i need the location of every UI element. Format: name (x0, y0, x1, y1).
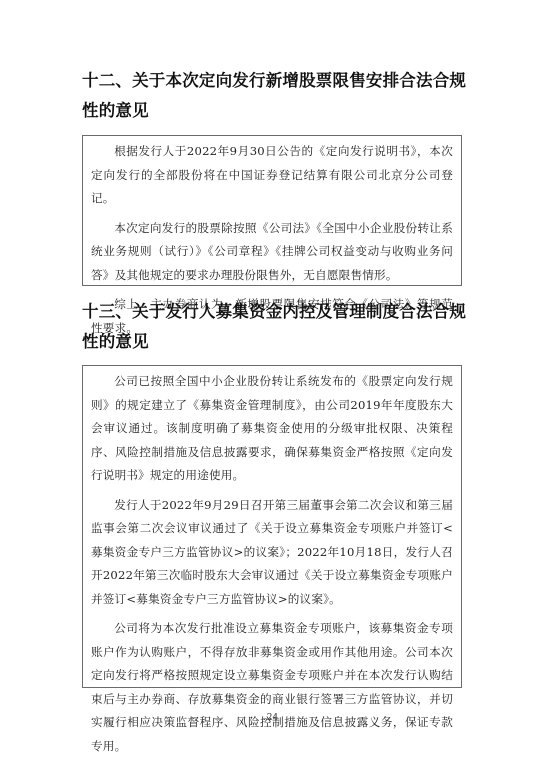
document-page: 十二、关于本次定向发行新增股票限售安排合法合规性的意见 根据发行人于2022年9… (0, 0, 545, 771)
section-13-heading: 十三、关于发行人募集资金内控及管理制度合法合规性的意见 (82, 297, 474, 357)
section-13-paragraph-3: 公司将为本次发行批准设立募集资金专项账户，该募集资金专项账户作为认购账户，不得存… (91, 617, 453, 758)
section-13-paragraph-1: 公司已按照全国中小企业股份转让系统发布的《股票定向发行规则》的规定建立了《募集资… (91, 370, 453, 488)
section-12-paragraph-1: 根据发行人于2022年9月30日公告的《定向发行说明书》，本次定向发行的全部股份… (91, 140, 453, 211)
page-number: 24 (0, 713, 545, 723)
section-12-box: 根据发行人于2022年9月30日公告的《定向发行说明书》，本次定向发行的全部股份… (82, 135, 462, 286)
section-13-box: 公司已按照全国中小企业股份转让系统发布的《股票定向发行规则》的规定建立了《募集资… (82, 365, 462, 688)
section-12-heading: 十二、关于本次定向发行新增股票限售安排合法合规性的意见 (82, 66, 474, 126)
section-12-paragraph-2: 本次定向发行的股票除按照《公司法》《全国中小企业股份转让系统业务规则（试行）》《… (91, 217, 453, 288)
section-13-paragraph-2: 发行人于2022年9月29日召开第三届董事会第二次会议和第三届监事会第二次会议审… (91, 494, 453, 612)
